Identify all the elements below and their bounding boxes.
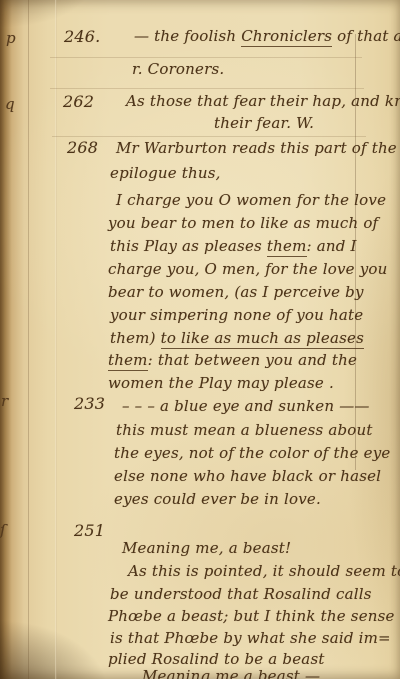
text-segment: – – – a blue eye and sunken —— [122, 397, 370, 415]
manuscript-line: Meaning me, a beast! [122, 538, 291, 559]
text-segment: bear to women, (as I perceive by [108, 283, 364, 301]
manuscript-line: the eyes, not of the color of the eye [114, 443, 390, 464]
page-reference-number: 246. [64, 26, 100, 47]
manuscript-line: — the foolish Chroniclers of that age. [134, 26, 400, 47]
manuscript-line: eyes could ever be in love. [114, 489, 321, 510]
text-segment: you bear to men to like as much of [108, 214, 378, 232]
text-segment: is that Phœbe by what she said im= [110, 629, 391, 647]
margin-letter: q [5, 94, 15, 115]
text-segment: your simpering none of you hate [110, 306, 363, 324]
text-segment: Mr Warburton reads this part of the [116, 139, 397, 157]
manuscript-line: bear to women, (as I perceive by [108, 282, 364, 303]
text-segment: be understood that Rosalind calls [110, 585, 372, 603]
page-reference-number: 251 [74, 520, 105, 541]
text-segment: the eyes, not of the color of the eye [114, 444, 390, 462]
text-segment: eyes could ever be in love. [114, 490, 321, 508]
manuscript-line: is that Phœbe by what she said im= [110, 628, 391, 649]
manuscript-line: this must mean a blueness about [116, 420, 373, 441]
manuscript-line: be understood that Rosalind calls [110, 584, 372, 605]
text-segment: I charge you O women for the love [116, 191, 386, 209]
text-segment: As those that fear their hap, and know [126, 92, 400, 110]
text-segment: else none who have black or hasel [114, 467, 381, 485]
text-segment: Meaning me a beast — [142, 667, 320, 679]
text-segment: their fear. W. [214, 114, 314, 132]
manuscript-line: Phœbe a beast; but I think the sense [108, 606, 395, 627]
manuscript-line: r. Coroners. [132, 59, 224, 80]
manuscript-line: women the Play may please . [108, 373, 334, 394]
manuscript-page: p246.— the foolish Chroniclers of that a… [0, 0, 400, 679]
text-segment: : that between you and the [148, 351, 357, 369]
horizontal-crease-line [50, 57, 362, 58]
page-edge-crease-line [28, 0, 29, 679]
manuscript-line: your simpering none of you hate [110, 305, 363, 326]
manuscript-line: this Play as pleases them: and I [110, 236, 357, 257]
manuscript-line: you bear to men to like as much of [108, 213, 378, 234]
margin-letter: p [6, 28, 16, 49]
text-segment: of that age. [332, 27, 400, 45]
manuscript-line: I charge you O women for the love [116, 190, 386, 211]
text-segment: epilogue thus, [110, 164, 221, 182]
manuscript-line: As this is pointed, it should seem to [128, 561, 400, 582]
text-segment: Meaning me, a beast! [122, 539, 291, 557]
manuscript-line: their fear. W. [214, 113, 314, 134]
manuscript-line: them) to like as much as pleases [110, 328, 364, 349]
page-reference-number: 262 [63, 91, 94, 112]
text-segment: : and I [307, 237, 357, 255]
underlined-text: Chroniclers [241, 27, 332, 47]
page-reference-number: 233 [74, 393, 105, 414]
margin-letter: ſ [0, 520, 6, 541]
manuscript-line: else none who have black or hasel [114, 466, 381, 487]
manuscript-line: – – – a blue eye and sunken —— [122, 396, 370, 417]
manuscript-line: charge you, O men, for the love you [108, 259, 387, 280]
page-reference-number: 268 [67, 137, 98, 158]
manuscript-line: Meaning me a beast — [142, 666, 320, 679]
underlined-text: them [108, 351, 148, 371]
horizontal-crease-line [50, 88, 364, 89]
margin-letter: r [1, 391, 8, 412]
manuscript-line: them: that between you and the [108, 350, 357, 371]
margin-crease-line [55, 0, 57, 679]
text-segment: Phœbe a beast; but I think the sense [108, 607, 395, 625]
underlined-text: to like as much as pleases [161, 329, 364, 349]
text-segment: As this is pointed, it should seem to [128, 562, 400, 580]
horizontal-crease-line [52, 136, 366, 137]
text-segment: — the foolish [134, 27, 241, 45]
text-segment: this must mean a blueness about [116, 421, 373, 439]
text-segment: this Play as pleases [110, 237, 267, 255]
text-segment: charge you, O men, for the love you [108, 260, 387, 278]
text-segment: them) [110, 329, 161, 347]
text-segment: r. Coroners. [132, 60, 224, 78]
text-segment: women the Play may please . [108, 374, 334, 392]
underlined-text: them [267, 237, 307, 257]
manuscript-line: As those that fear their hap, and know [126, 91, 400, 112]
manuscript-line: epilogue thus, [110, 163, 221, 184]
manuscript-line: Mr Warburton reads this part of the [116, 138, 397, 159]
